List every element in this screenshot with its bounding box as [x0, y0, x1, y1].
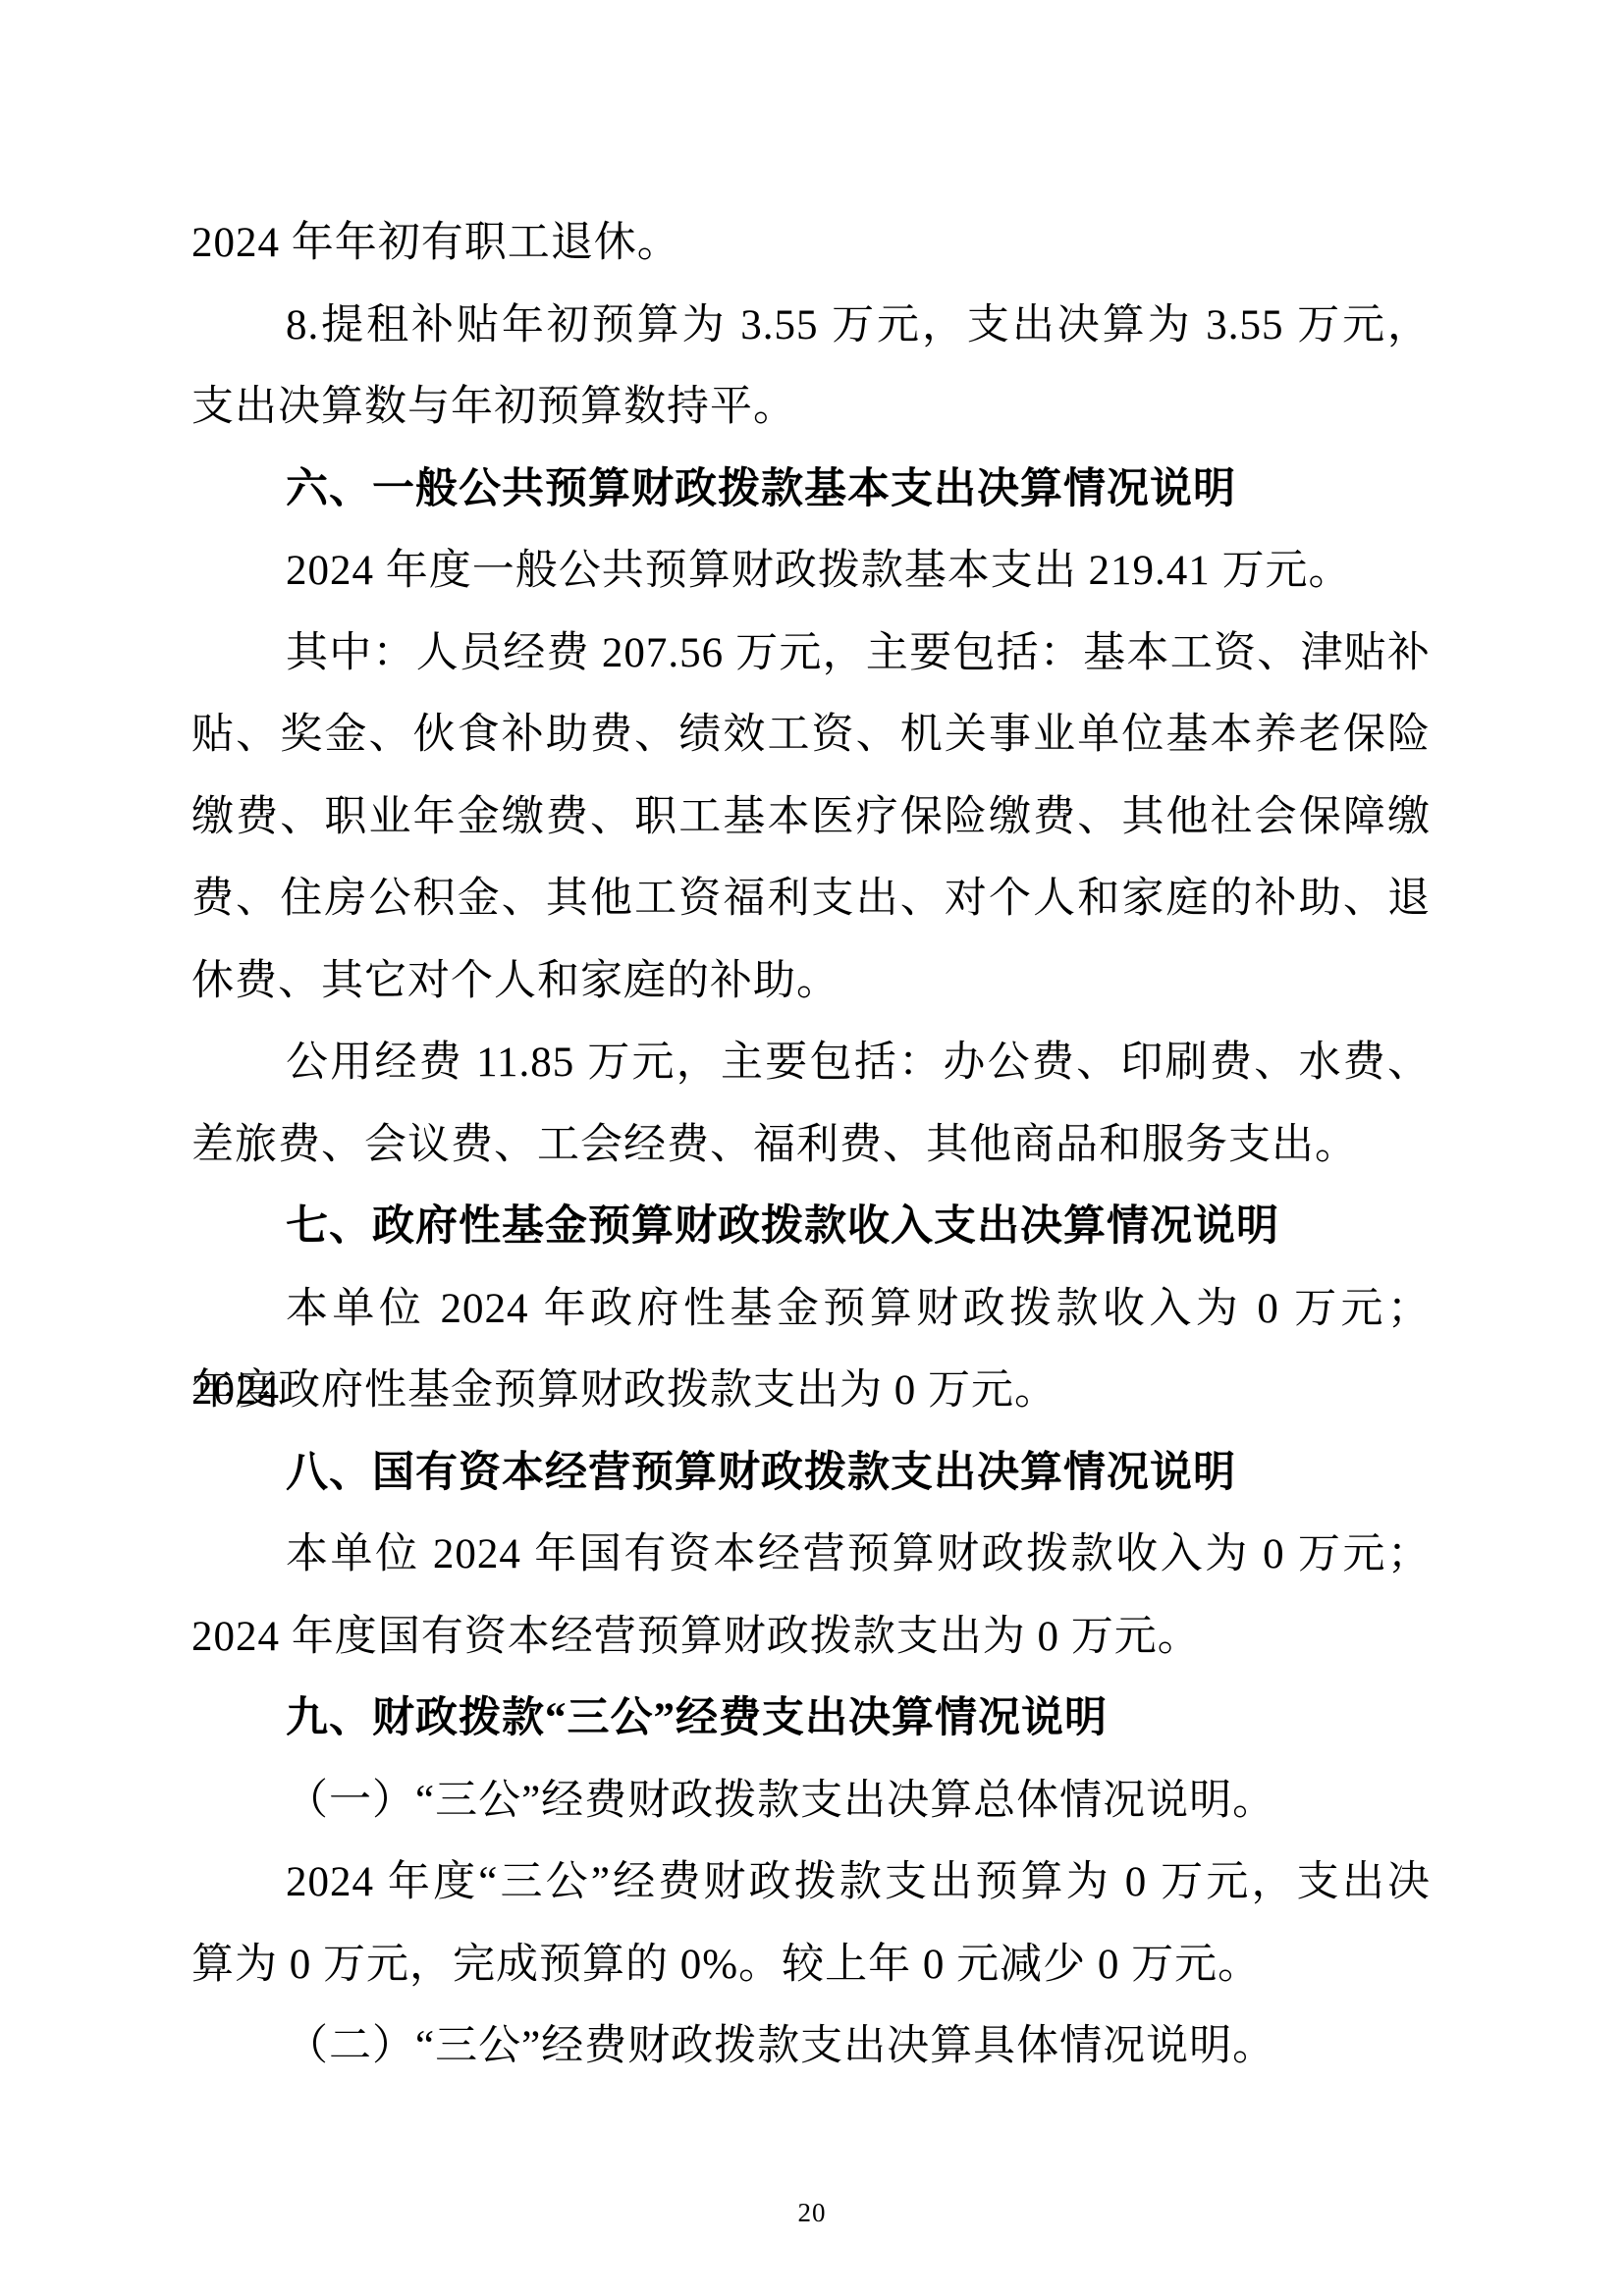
document-text-block: 2024 年年初有职工退休。 8.提租补贴年初预算为 3.55 万元，支出决算为… — [191, 202, 1431, 2088]
section-heading-7: 七、政府性基金预算财政拨款收入支出决算情况说明 — [191, 1186, 1431, 1268]
paragraph-line: 休费、其它对个人和家庭的补助。 — [191, 940, 1431, 1023]
paragraph-line: 费、住房公积金、其他工资福利支出、对个人和家庭的补助、退 — [191, 858, 1431, 940]
paragraph-line: 2024 年年初有职工退休。 — [191, 202, 1431, 285]
paragraph-line: （一）“三公”经费财政拨款支出决算总体情况说明。 — [191, 1760, 1431, 1842]
paragraph-line: 差旅费、会议费、工会经费、福利费、其他商品和服务支出。 — [191, 1104, 1431, 1187]
section-heading-8: 八、国有资本经营预算财政拨款支出决算情况说明 — [191, 1432, 1431, 1515]
paragraph-line: （二）“三公”经费财政拨款支出决算具体情况说明。 — [191, 2005, 1431, 2088]
paragraph-line: 2024 年度一般公共预算财政拨款基本支出 219.41 万元。 — [191, 530, 1431, 613]
paragraph-line: 本单位 2024 年国有资本经营预算财政拨款收入为 0 万元； — [191, 1514, 1431, 1596]
paragraph-line: 2024 年度“三公”经费财政拨款支出预算为 0 万元，支出决 — [191, 1842, 1431, 1924]
section-heading-9: 九、财政拨款“三公”经费支出决算情况说明 — [191, 1678, 1431, 1760]
paragraph-line: 8.提租补贴年初预算为 3.55 万元，支出决算为 3.55 万元， — [191, 285, 1431, 367]
paragraph-line: 年度政府性基金预算财政拨款支出为 0 万元。 — [191, 1350, 1431, 1432]
paragraph-line: 本单位 2024 年政府性基金预算财政拨款收入为 0 万元；2024 — [191, 1268, 1431, 1351]
paragraph-line: 算为 0 万元，完成预算的 0%。较上年 0 元减少 0 万元。 — [191, 1924, 1431, 2006]
paragraph-line: 支出决算数与年初预算数持平。 — [191, 366, 1431, 449]
paragraph-line: 2024 年度国有资本经营预算财政拨款支出为 0 万元。 — [191, 1596, 1431, 1679]
paragraph-line: 其中：人员经费 207.56 万元，主要包括：基本工资、津贴补 — [191, 613, 1431, 695]
paragraph-line: 缴费、职业年金缴费、职工基本医疗保险缴费、其他社会保障缴 — [191, 776, 1431, 859]
page-number: 20 — [0, 2197, 1624, 2228]
document-page: 2024 年年初有职工退休。 8.提租补贴年初预算为 3.55 万元，支出决算为… — [0, 0, 1624, 2296]
paragraph-line: 贴、奖金、伙食补助费、绩效工资、机关事业单位基本养老保险 — [191, 694, 1431, 776]
paragraph-line: 公用经费 11.85 万元，主要包括：办公费、印刷费、水费、 — [191, 1022, 1431, 1104]
section-heading-6: 六、一般公共预算财政拨款基本支出决算情况说明 — [191, 449, 1431, 531]
